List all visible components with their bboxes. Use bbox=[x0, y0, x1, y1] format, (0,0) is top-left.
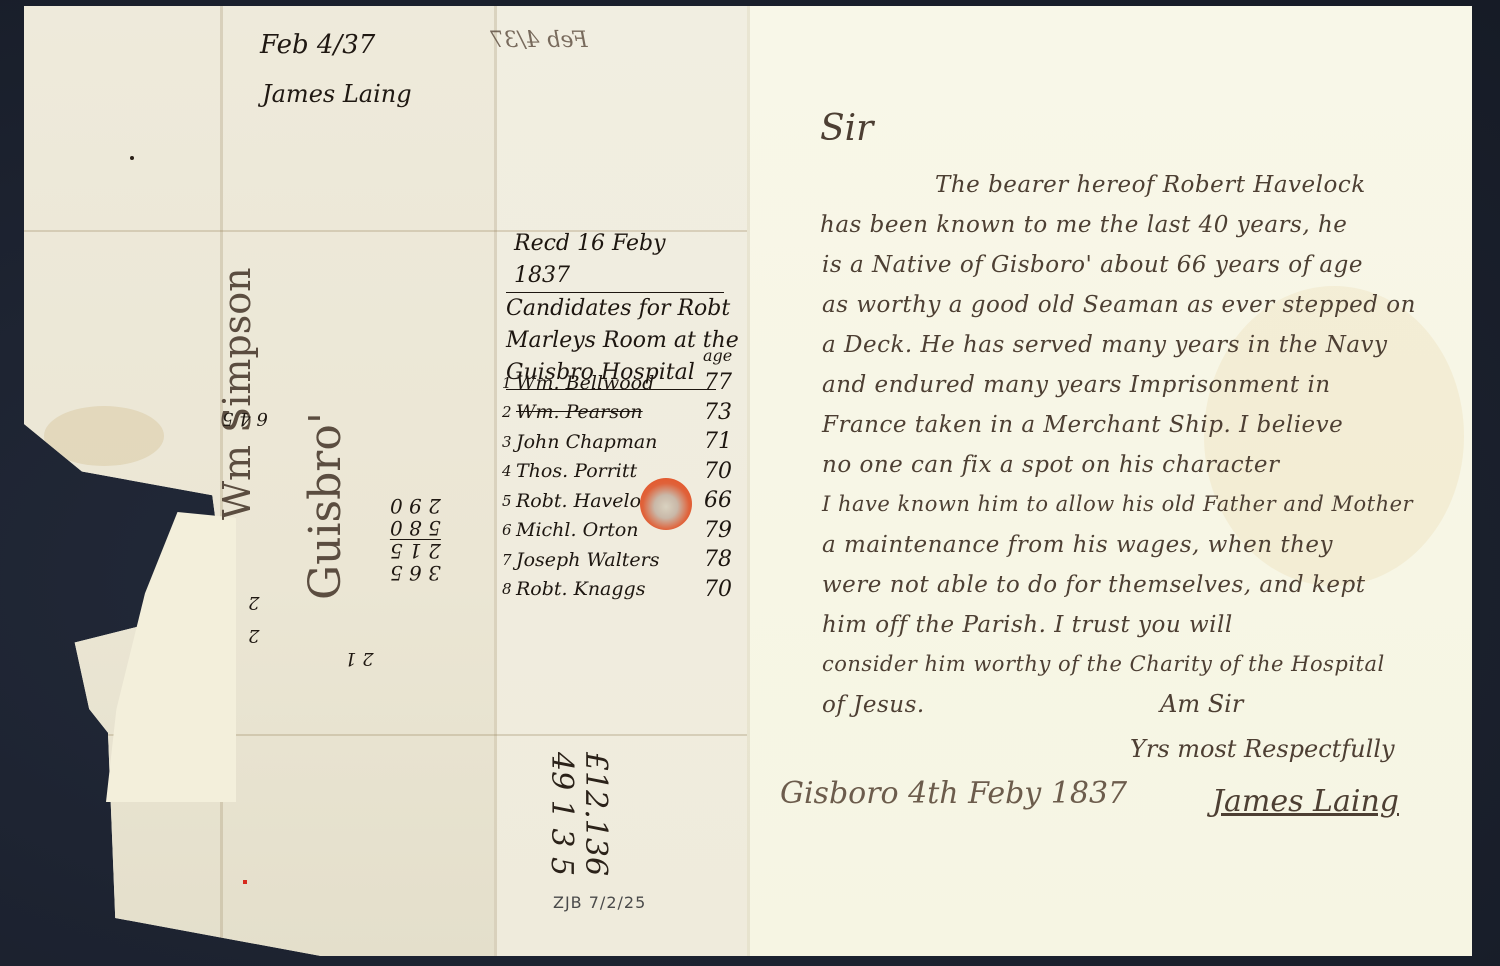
signature: James Laing bbox=[1212, 784, 1399, 819]
letter-line: were not able to do for themselves, and … bbox=[822, 572, 1365, 598]
letter-line: a Deck. He has served many years in the … bbox=[822, 332, 1388, 358]
wax-seal-remnant bbox=[640, 478, 692, 530]
candidate-row: 2Wm. Pearson73 bbox=[502, 398, 732, 428]
sum-row: 2 1 5 bbox=[390, 540, 441, 562]
candidate-row: 6Michl. Orton79 bbox=[502, 516, 732, 546]
candidates-list: 1Wm. Bellwood77 2Wm. Pearson73 3John Cha… bbox=[502, 368, 732, 604]
candidate-row: 3John Chapman71 bbox=[502, 427, 732, 457]
closing-line: Am Sir bbox=[1160, 690, 1243, 718]
candidate-name: Wm. Bellwood bbox=[516, 372, 694, 394]
candidate-row: 5Robt. Havelock66 bbox=[502, 486, 732, 516]
closing-line: Yrs most Respectfully bbox=[1130, 735, 1395, 763]
sum-edge: 2 bbox=[248, 625, 259, 646]
letter-line: I have known him to allow his old Father… bbox=[822, 492, 1413, 516]
candidate-age: 78 bbox=[694, 547, 732, 572]
letter-line: of Jesus. bbox=[822, 692, 925, 718]
received-date: Recd 16 Feby 1837 bbox=[506, 228, 724, 293]
red-mark bbox=[243, 880, 247, 884]
candidate-age: 73 bbox=[694, 400, 732, 425]
salutation: Sir bbox=[820, 108, 873, 149]
letter-line: no one can fix a spot on his character bbox=[822, 452, 1279, 478]
candidate-row: 1Wm. Bellwood77 bbox=[502, 368, 732, 398]
letter-line: is a Native of Gisboro' about 66 years o… bbox=[822, 252, 1363, 278]
candidate-row: 4Thos. Porritt70 bbox=[502, 457, 732, 487]
letter-line: a maintenance from his wages, when they bbox=[822, 532, 1333, 558]
bleedthrough-text: Feb 4/37 bbox=[490, 28, 588, 53]
vertical-figures: £12.136 49 1 3 5 bbox=[544, 752, 612, 876]
letter-line: consider him worthy of the Charity of th… bbox=[822, 652, 1385, 676]
sum-column: 3 6 5 2 1 5 5 8 0 2 9 0 bbox=[390, 495, 441, 584]
sum-bottom: 2 1 bbox=[345, 648, 374, 669]
archival-pencil-note: ZJB 7/2/25 bbox=[553, 893, 646, 912]
candidate-age: 70 bbox=[694, 577, 732, 602]
letter-line: France taken in a Merchant Ship. I belie… bbox=[822, 412, 1343, 438]
address-line-place: Guisbro' bbox=[300, 412, 351, 600]
letter-line: has been known to me the last 40 years, … bbox=[820, 212, 1347, 238]
candidate-age: 70 bbox=[694, 459, 732, 484]
docket-date: Feb 4/37 bbox=[260, 30, 375, 60]
ink-dot bbox=[130, 156, 134, 160]
sum-row: 2 9 0 bbox=[390, 495, 441, 517]
candidate-age: 77 bbox=[694, 370, 732, 395]
place-and-date: Gisboro 4th Feby 1837 bbox=[780, 776, 1127, 811]
letter-line: as worthy a good old Seaman as ever step… bbox=[822, 292, 1416, 318]
candidate-row: 8Robt. Knaggs70 bbox=[502, 575, 732, 605]
sum-edge: 2 bbox=[248, 592, 259, 613]
fold-line bbox=[494, 6, 497, 956]
sum-row: 3 6 5 bbox=[390, 562, 441, 584]
candidate-age: 79 bbox=[694, 518, 732, 543]
candidates-header: Recd 16 Feby 1837 Candidates for Robt Ma… bbox=[506, 228, 739, 390]
candidate-age: 71 bbox=[694, 429, 732, 454]
letter-line: him off the Parish. I trust you will bbox=[822, 612, 1233, 638]
age-column-label: age bbox=[703, 346, 732, 365]
sum-top: 6 4 5 bbox=[222, 408, 268, 429]
docket-name: James Laing bbox=[262, 80, 412, 108]
candidate-name: Joseph Walters bbox=[516, 549, 694, 571]
candidate-name: John Chapman bbox=[516, 431, 694, 453]
header-line: Candidates for Robt bbox=[506, 293, 739, 325]
sum-row: 5 8 0 bbox=[390, 517, 441, 540]
candidate-row: 7Joseph Walters78 bbox=[502, 545, 732, 575]
candidate-age: 66 bbox=[694, 488, 732, 513]
address-line-name: Wm Simpson bbox=[215, 267, 259, 520]
candidate-name: Robt. Knaggs bbox=[516, 578, 694, 600]
letter-line: The bearer hereof Robert Havelock bbox=[935, 172, 1366, 198]
fold-line bbox=[747, 6, 750, 956]
candidate-name: Wm. Pearson bbox=[516, 401, 694, 423]
letter-line: and endured many years Imprisonment in bbox=[822, 372, 1331, 398]
